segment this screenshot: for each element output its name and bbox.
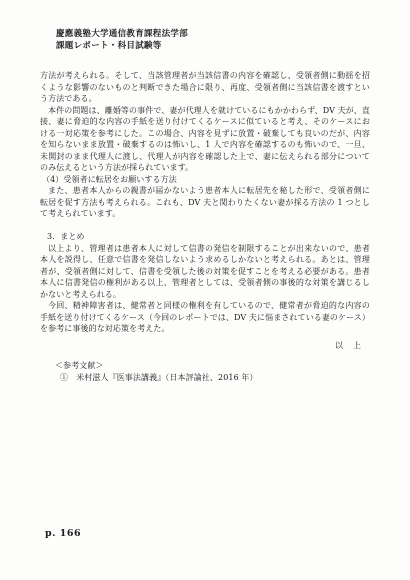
references-block: ＜参考文献＞ ① 米村滋人『医事法講義』（日本評論社、2016 年） [40,360,370,383]
section-heading-summary: 3．まとめ [40,231,370,243]
header-report-type-line: 課題レポート・科目試験等 [56,40,380,52]
section-heading-relocation: （4）受領者に転居をお願いする方法 [40,174,370,186]
header-university-line: 慶應義塾大学通信教育課程法学部 [56,28,380,40]
document-body: 方法が考えられる。そして、当該管理者が当該信書の内容を確認し、受領者側に動揺を招… [40,70,370,383]
reference-item: ① 米村滋人『医事法講義』（日本評論社、2016 年） [40,372,370,384]
paragraph-relocation: また、患者本人からの親書が届かないよう患者本人に転居先を秘した形で、受領者側に転… [40,185,370,220]
paragraph-dv-case: 本件の問題は、離婚等の事件で、妻が代理人を就けているにもかかわらず、DV 夫が、… [40,105,370,174]
paragraph-continued-method: 方法が考えられる。そして、当該管理者が当該信書の内容を確認し、受領者側に動揺を招… [40,70,370,105]
references-heading: ＜参考文献＞ [40,360,370,372]
document-page: 慶應義塾大学通信教育課程法学部 課題レポート・科目試験等 方法が考えられる。そし… [0,0,410,580]
closing-mark: 以 上 [40,340,370,352]
document-header: 慶應義塾大学通信教育課程法学部 課題レポート・科目試験等 [56,28,380,52]
paragraph-summary-2: 今回、精神障害者は、健常者と同様の権利を有しているので、健常者が脅迫的な内容の手… [40,300,370,335]
page-number: p. 166 [45,528,81,539]
paragraph-summary-1: 以上より、管理者は患者本人に対して信書の発信を制限することが出来ないので、患者本… [40,243,370,301]
